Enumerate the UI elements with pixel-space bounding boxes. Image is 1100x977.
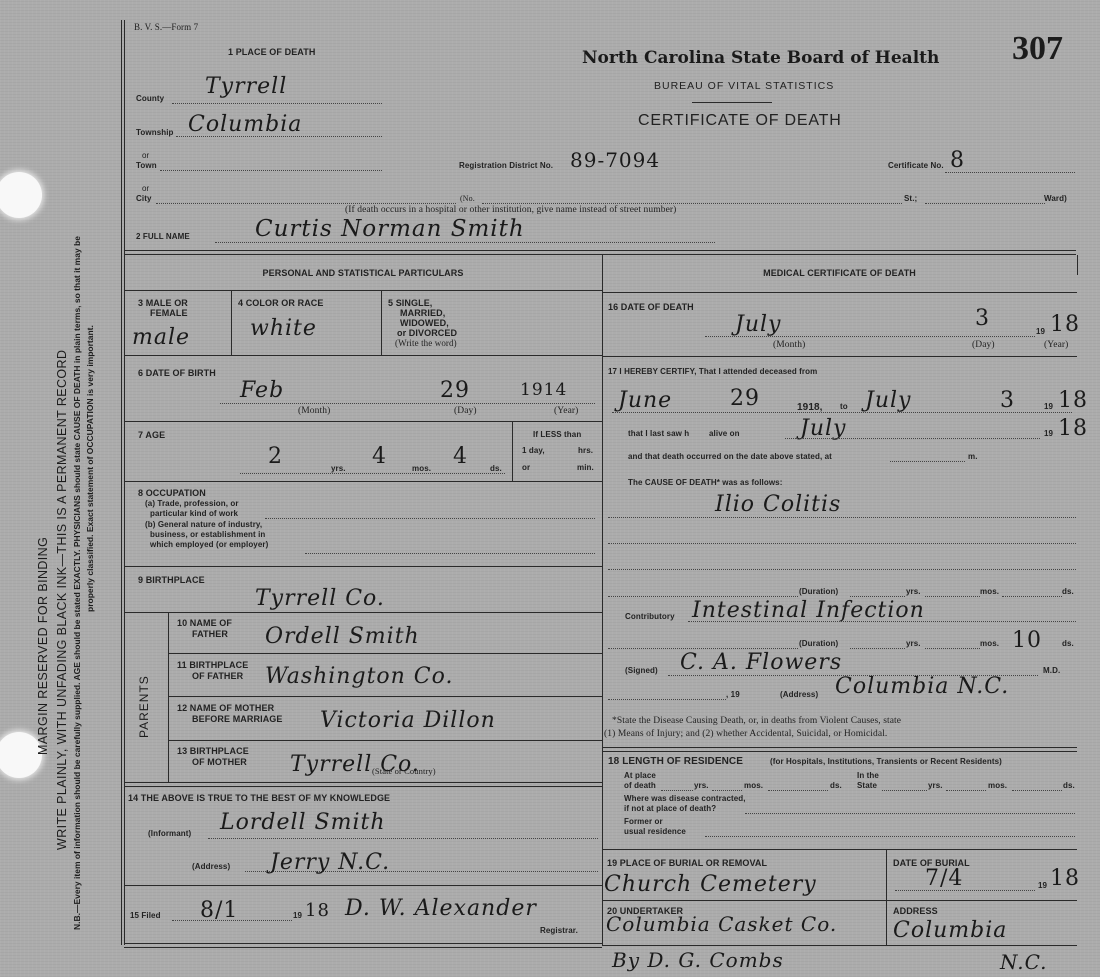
duration-label-1: (Duration) [799,587,838,596]
contributory-line [688,621,1076,622]
duration-ds-1: ds. [1062,587,1074,596]
residence-sub: (for Hospitals, Institutions, Transients… [770,757,1002,766]
death-certificate: MARGIN RESERVED FOR BINDING WRITE PLAINL… [0,0,1100,977]
duration-line-2 [608,648,798,649]
last-saw-line [785,438,1040,439]
occupation-a2: particular kind of work [150,509,238,518]
at-place-mos-line [712,790,742,791]
filed-year[interactable]: 18 [305,900,330,921]
informant-line [208,838,598,839]
birthplace-value[interactable]: Tyrrell Co. [255,586,385,611]
burial-value[interactable]: Church Cemetery [604,872,817,897]
age-mos-label: mos. [412,464,431,473]
page-number: 307 [1012,30,1063,68]
at-place-mos: mos. [744,781,763,790]
informant-label: (Informant) [148,829,191,838]
filed-label: 15 Filed [130,911,161,920]
age-months[interactable]: 4 [372,444,387,469]
where-contracted-1: Where was disease contracted, [624,794,746,803]
duration-mos-line-2 [925,648,980,649]
sex-value[interactable]: male [132,325,190,350]
contributory-label: Contributory [625,612,675,621]
row6-divider [124,421,602,422]
signed-date-prefix: , 19 [726,690,740,699]
mother-birthplace-label-2: OF MOTHER [192,757,247,767]
occupation-b1: (b) General nature of industry, [145,520,262,529]
death-occurred-label: and that death occurred on the date abov… [628,452,832,461]
residence-label: 18 LENGTH OF RESIDENCE [608,756,743,767]
county-field-line [172,103,382,104]
undertaker-address-value[interactable]: Columbia [893,918,1007,943]
footnote-1: *State the Disease Causing Death, or, in… [612,716,901,726]
parents-divider [168,612,169,782]
at-place-yrs-line [661,790,693,791]
duration-line-1 [608,596,798,597]
undertaker-value[interactable]: Columbia Casket Co. [606,912,837,936]
left-heading-divider [124,290,602,291]
father-birthplace-divider [168,696,602,697]
last-saw-year-prefix: 19 [1044,429,1053,438]
row9-divider [124,612,602,613]
duration-mos-line-1 [925,596,980,597]
certificate-no-label: Certificate No. [888,161,944,170]
ward-label: Ward) [1044,194,1067,203]
parents-bottom-divider [124,782,602,787]
right-bottom-divider [602,945,1077,946]
dob-year[interactable]: 1914 [520,380,567,400]
at-place-label-1: At place [624,771,656,780]
where-contracted-2: if not at place of death? [624,804,716,813]
attended-from-month[interactable]: June [618,388,672,413]
board-title: North Carolina State Board of Health [582,48,939,68]
burial-date-value[interactable]: 7/4 [925,866,963,891]
certify-label: 17 I HEREBY CERTIFY, That I attended dec… [608,367,817,376]
age-days[interactable]: 4 [453,444,468,469]
age-ds-label: ds. [490,464,502,473]
in-state-ds-line [1012,790,1062,791]
township-value[interactable]: Columbia [188,112,302,137]
margin-nb-note-2: properly classified. Exact statement of … [85,325,95,612]
binding-hole-top [0,172,42,218]
in-state-mos-line [946,790,986,791]
age-years[interactable]: 2 [268,444,283,469]
registration-value[interactable]: 89-7094 [570,148,660,172]
knowledge-label: 14 THE ABOVE IS TRUE TO THE BEST OF MY K… [128,793,390,803]
last-saw-suffix: alive on [709,429,740,438]
burial-year-prefix: 19 [1038,881,1047,890]
former-residence-line [705,836,1075,837]
duration-yrs-line-1 [850,596,905,597]
death-year-prefix: 19 [1036,327,1045,336]
death-month-caption: (Month) [773,340,805,350]
cause-value[interactable]: Ilio Colitis [715,492,841,517]
town-field-line [160,170,382,171]
row7-divider [124,481,602,482]
city-field-line [156,203,456,204]
cause-label: The CAUSE OF DEATH* was as follows: [628,478,782,487]
father-divider [168,653,602,654]
frame-left-line-inner [124,20,125,945]
in-state-mos: mos. [988,781,1007,790]
in-state-yrs-line [882,790,927,791]
marital-label-2: MARRIED, [400,308,445,318]
filed-date[interactable]: 8/1 [200,898,238,923]
town-or-label: or [142,151,149,160]
duration-yrs-2: yrs. [906,639,921,648]
undertaker-address-state[interactable]: N.C. [1000,950,1048,974]
where-contracted-line [745,813,1075,814]
duration-ds-line-1 [1002,596,1062,597]
footnote-2: (1) Means of Injury; and (2) whether Acc… [604,729,887,739]
dob-line [220,403,595,404]
cause-line-3 [608,569,1076,570]
physician-address-value[interactable]: Columbia N.C. [835,674,1009,699]
duration-yrs-line-2 [850,648,905,649]
sex-label-2: FEMALE [150,308,188,318]
bureau-label: BUREAU OF VITAL STATISTICS [654,80,834,92]
mother-value[interactable]: Victoria Dillon [320,708,496,733]
row19-divider [602,900,1077,901]
hospital-note: (If death occurs in a hospital or other … [345,205,676,215]
row5-divider [124,355,602,356]
attended-to-year-prefix: 19 [1044,402,1053,411]
occupation-b-line [305,553,595,554]
row18-divider [602,849,1077,850]
dob-month-caption: (Month) [298,406,330,416]
dob-day[interactable]: 29 [440,378,470,403]
burial-date-divider [886,849,887,945]
full-name-line [215,242,715,243]
md-label: M.D. [1043,666,1060,675]
burial-year[interactable]: 18 [1050,866,1080,891]
marital-label-1: 5 SINGLE, [388,298,432,308]
county-value[interactable]: Tyrrell [205,74,287,99]
death-time-m: m. [968,452,978,461]
in-state-ds: ds. [1063,781,1075,790]
death-month[interactable]: July [735,312,781,337]
at-place-ds: ds. [830,781,842,790]
physician-address-label: (Address) [780,690,818,699]
at-place-label-2: of death [624,781,656,790]
personal-heading: PERSONAL AND STATISTICAL PARTICULARS [124,268,602,278]
duration-ds-2: ds. [1062,639,1074,648]
in-state-label-1: In the [857,771,879,780]
former-residence-2: usual residence [624,827,686,836]
ward-field-line [925,203,1045,204]
death-day-caption: (Day) [972,340,995,350]
dob-day-caption: (Day) [454,406,477,416]
dob-month[interactable]: Feb [240,378,284,403]
attended-from-day[interactable]: 29 [730,386,760,411]
margin-nb-note: N.B.—Every item of information should be… [72,236,82,930]
informant-value[interactable]: Lordell Smith [220,810,386,835]
mother-label-1: 12 NAME OF MOTHER [177,703,274,713]
cause-line-1 [608,517,1076,518]
or-label: or [522,463,530,472]
last-saw-label: that I last saw h [628,429,689,438]
father-label-2: FATHER [192,629,228,639]
last-saw-year[interactable]: 18 [1058,416,1088,441]
township-label: Township [136,128,174,137]
attended-line [612,412,1072,413]
marital-label-4: or DIVORCED [397,328,457,338]
certificate-no-value[interactable]: 8 [950,148,965,173]
date-of-death-label: 16 DATE OF DEATH [608,302,694,312]
margin-binding-text: MARGIN RESERVED FOR BINDING [36,537,50,755]
race-label: 4 COLOR OR RACE [238,298,324,308]
former-residence-1: Former or [624,817,663,826]
row8-divider [124,566,602,567]
death-date-line [705,336,1035,337]
sex-race-divider [231,290,232,355]
burial-label: 19 PLACE OF BURIAL OR REMOVAL [607,858,767,868]
marital-label-5: (Write the word) [395,338,457,348]
title-divider [692,102,772,103]
burial-date-line [895,890,1035,891]
undertaker-by[interactable]: By D. G. Combs [612,948,784,972]
street-field-line [482,203,902,204]
filed-year-prefix: 19 [293,911,302,920]
registrar-name[interactable]: D. W. Alexander [345,896,537,921]
right-frame-line [1077,255,1078,275]
contributory-value[interactable]: Intestinal Infection [692,598,925,623]
death-day[interactable]: 3 [975,306,990,331]
cause-line-2 [608,543,1076,544]
occupation-a-line [265,518,595,519]
father-value[interactable]: Ordell Smith [265,624,420,649]
town-label: Town [136,161,157,170]
at-place-yrs: yrs. [694,781,709,790]
certificate-title: CERTIFICATE OF DEATH [638,112,842,130]
duration-mos-2: mos. [980,639,999,648]
city-label: City [136,194,152,203]
signed-date-line [608,699,726,700]
registration-label: Registration District No. [459,161,553,170]
duration-label-2: (Duration) [799,639,838,648]
at-place-ds-line [768,790,828,791]
full-name-value[interactable]: Curtis Norman Smith [255,216,525,242]
age-line [240,473,505,474]
signed-label: (Signed) [625,666,658,675]
death-year[interactable]: 18 [1050,312,1080,337]
duration-yrs-1: yrs. [906,587,921,596]
dob-year-caption: (Year) [554,406,578,416]
occupation-b3: which employed (or employer) [150,540,268,549]
occupation-label: 8 OCCUPATION [138,488,206,498]
sex-label-1: 3 MALE OR [138,298,188,308]
in-state-yrs: yrs. [928,781,943,790]
to-label: to [840,402,848,411]
physician-signature[interactable]: C. A. Flowers [680,650,842,675]
death-year-caption: (Year) [1044,340,1068,350]
contributory-duration-days[interactable]: 10 [1012,628,1042,653]
race-value[interactable]: white [250,316,317,341]
in-state-label-2: State [857,781,877,790]
center-column-divider [602,255,603,945]
min-label: min. [577,463,594,472]
death-time-line [890,461,965,462]
place-of-death-heading: 1 PLACE OF DEATH [228,47,315,57]
attended-to-year[interactable]: 18 [1058,388,1088,413]
parents-label: PARENTS [137,675,151,738]
father-birthplace-value[interactable]: Washington Co. [265,664,454,689]
occupation-a1: (a) Trade, profession, or [145,499,239,508]
form-id: B. V. S.—Form 7 [134,22,198,32]
age-less-divider [512,421,513,481]
attended-to-month[interactable]: July [865,388,911,413]
full-name-label: 2 FULL NAME [136,232,190,241]
father-birthplace-label-1: 11 BIRTHPLACE [177,660,248,670]
attended-to-day[interactable]: 3 [1000,388,1015,413]
mother-birthplace-label-1: 13 BIRTHPLACE [177,746,249,756]
marital-label-3: WIDOWED, [400,318,449,328]
race-marital-divider [381,290,382,355]
row14-divider [124,885,602,886]
frame-left-line [121,20,122,945]
age-label: 7 AGE [138,430,165,440]
right-heading-divider [602,292,1077,293]
father-birthplace-label-2: OF FATHER [192,671,243,681]
margin-write-plainly: WRITE PLAINLY, WITH UNFADING BLACK INK—T… [55,350,69,850]
informant-address-value[interactable]: Jerry N.C. [270,850,390,875]
header-double-divider [124,250,1076,255]
one-day-label: 1 day, [522,446,545,455]
less-than-label: If LESS than [533,430,581,439]
state-country-caption: (State or Country) [372,766,436,776]
registrar-label: Registrar. [540,926,578,935]
father-label-1: 10 NAME OF [177,618,232,628]
left-bottom-divider [124,943,602,948]
informant-address-label: (Address) [192,862,230,871]
county-label: County [136,94,164,103]
street-no-label: (No. [460,194,475,203]
dob-label: 6 DATE OF BIRTH [138,368,216,378]
city-or-label: or [142,184,149,193]
street-st-label: St.; [904,194,917,203]
mother-label-2: BEFORE MARRIAGE [192,714,283,724]
undertaker-address-label: ADDRESS [893,906,938,916]
medical-heading: MEDICAL CERTIFICATE OF DEATH [602,268,1077,278]
occupation-b2: business, or establishment in [150,530,265,539]
mother-divider [168,740,602,741]
row16-divider [602,356,1077,357]
duration-mos-1: mos. [980,587,999,596]
age-yrs-label: yrs. [331,464,346,473]
hrs-label: hrs. [578,446,593,455]
birthplace-label: 9 BIRTHPLACE [138,575,205,585]
footnote-divider [602,747,1077,752]
